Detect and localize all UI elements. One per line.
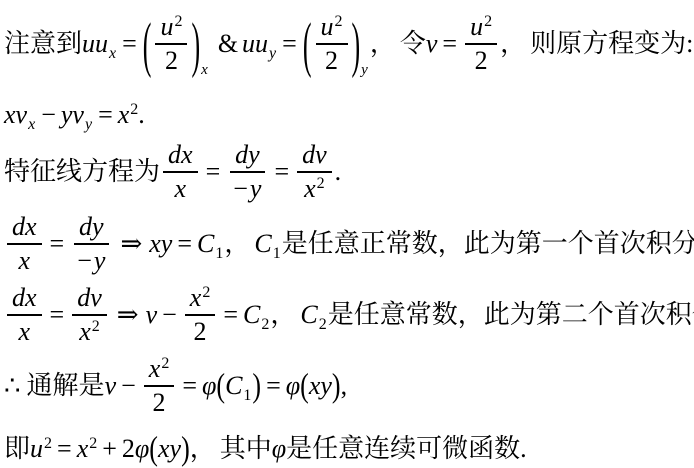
math-operator: = bbox=[223, 300, 238, 329]
math-italic: dy bbox=[79, 212, 104, 241]
fraction: dxx bbox=[7, 283, 42, 347]
math-roman: − bbox=[77, 246, 92, 275]
paren-subscript: y bbox=[361, 62, 368, 79]
fraction-numerator: u2 bbox=[316, 12, 348, 45]
fraction: dvx2 bbox=[72, 283, 107, 347]
line-7-final-answer-content: 即u2=x2+2φ(xy)，其中φ是任意连续可微函数. bbox=[4, 428, 527, 465]
math-italic: u bbox=[321, 12, 334, 41]
superscript: 2 bbox=[92, 318, 100, 336]
math-roman: 2 bbox=[165, 46, 178, 75]
fraction-denominator: x2 bbox=[299, 173, 330, 204]
line-5-second-integral: dxx=dvx2⇒v−x22=C2，C2是任意常数，此为第二个首次积分. bbox=[4, 282, 694, 352]
math-italic: u bbox=[30, 434, 43, 463]
fraction-numerator: dv bbox=[297, 140, 332, 173]
fraction-denominator: x bbox=[170, 173, 192, 204]
math-operator: = bbox=[57, 434, 72, 463]
math-italic: v bbox=[426, 29, 438, 58]
math-italic: φ bbox=[135, 434, 149, 463]
superscript: 2 bbox=[89, 435, 97, 453]
fraction-numerator: x2 bbox=[185, 283, 216, 316]
math-operator: = bbox=[50, 229, 65, 258]
text-run: 是任意常数，此为第二个首次积分. bbox=[328, 300, 694, 329]
fraction-numerator: dx bbox=[7, 212, 42, 245]
math-italic: y bbox=[94, 246, 106, 275]
math-operator: = bbox=[50, 300, 65, 329]
fraction: u22 bbox=[465, 12, 497, 76]
document-body: 注意到uux=(u22)x&uuy=(u22)y，令v=u22，则原方程变为:x… bbox=[4, 0, 694, 468]
math-italic: dv bbox=[302, 140, 327, 169]
subscript: y bbox=[269, 45, 276, 63]
superscript: 2 bbox=[335, 13, 343, 31]
math-italic: x bbox=[175, 174, 187, 203]
line-2-transformed-equation: xvx−yvy=x2. bbox=[4, 92, 694, 138]
math-italic: x bbox=[19, 317, 31, 346]
subscript: y bbox=[85, 116, 92, 134]
math-italic: x bbox=[19, 246, 31, 275]
line-6-general-solution: ∴通解是v−x22=φ(C1)=φ(xy), bbox=[4, 352, 694, 424]
fraction: dy−y bbox=[228, 140, 266, 204]
math-roman: ∴ bbox=[4, 371, 21, 400]
math-italic: φ bbox=[272, 434, 286, 463]
line-4-first-integral: dxx=dy−y⇒xy=C1，C1是任意正常数，此为第一个首次积分; bbox=[4, 210, 694, 282]
math-italic: x bbox=[79, 317, 91, 346]
line-3-characteristic-equation: 特征线方程为dxx=dy−y=dvx2. bbox=[4, 138, 694, 210]
big-paren: ) bbox=[191, 11, 200, 82]
math-italic: x bbox=[304, 174, 316, 203]
stretch-paren: ) bbox=[332, 366, 341, 405]
subscript: 2 bbox=[319, 316, 327, 334]
subscript: x bbox=[28, 116, 35, 134]
text-run: ， bbox=[224, 229, 250, 258]
text-run: ， bbox=[190, 434, 216, 463]
math-italic: C bbox=[254, 229, 271, 258]
math-operator: ⇒ bbox=[120, 229, 142, 258]
fraction-denominator: 2 bbox=[320, 45, 343, 76]
math-italic: dx bbox=[12, 212, 37, 241]
math-italic: yv bbox=[61, 100, 84, 129]
math-operator: − bbox=[121, 371, 136, 400]
superscript: 2 bbox=[130, 101, 138, 119]
fraction: dxx bbox=[163, 140, 198, 204]
fraction-numerator: u2 bbox=[155, 12, 187, 45]
stretch-paren: ) bbox=[252, 366, 261, 405]
stretch-paren: ) bbox=[181, 429, 190, 468]
fraction: dxx bbox=[7, 212, 42, 276]
paren-subscript: x bbox=[201, 62, 208, 79]
math-italic: xy bbox=[158, 434, 181, 463]
math-operator: = bbox=[274, 157, 289, 186]
subscript: 2 bbox=[261, 316, 269, 334]
text-run: 是任意连续可微函数. bbox=[286, 434, 527, 463]
fraction-numerator: dx bbox=[7, 283, 42, 316]
math-italic: C bbox=[243, 300, 260, 329]
math-italic: dv bbox=[77, 283, 102, 312]
subscript: x bbox=[109, 45, 116, 63]
superscript: 2 bbox=[44, 435, 52, 453]
math-italic: φ bbox=[202, 371, 216, 400]
fraction-numerator: u2 bbox=[465, 12, 497, 45]
text-run: 通解是 bbox=[27, 371, 105, 400]
subscript: 1 bbox=[215, 245, 223, 263]
math-roman: 2 bbox=[325, 46, 338, 75]
line-1-substitution: 注意到uux=(u22)x&uuy=(u22)y，令v=u22，则原方程变为: bbox=[4, 0, 694, 92]
fraction: dvx2 bbox=[297, 140, 332, 204]
math-operator: = bbox=[206, 157, 221, 186]
math-operator: = bbox=[182, 371, 197, 400]
stretch-paren: ( bbox=[149, 429, 158, 468]
math-italic: v bbox=[146, 300, 158, 329]
math-italic: v bbox=[105, 371, 117, 400]
math-operator: = bbox=[98, 100, 113, 129]
big-paren: ( bbox=[303, 11, 312, 82]
math-italic: dx bbox=[168, 140, 193, 169]
math-italic: C bbox=[300, 300, 317, 329]
document-page: 注意到uux=(u22)x&uuy=(u22)y，令v=u22，则原方程变为:x… bbox=[0, 0, 694, 468]
math-operator: − bbox=[162, 300, 177, 329]
superscript: 2 bbox=[174, 13, 182, 31]
fraction-denominator: x bbox=[14, 316, 36, 347]
math-italic: C bbox=[197, 229, 214, 258]
text-run: 即 bbox=[4, 434, 30, 463]
superscript: 2 bbox=[484, 13, 492, 31]
fraction: dy−y bbox=[72, 212, 110, 276]
line-1-substitution-content: 注意到uux=(u22)x&uuy=(u22)y，令v=u22，则原方程变为: bbox=[4, 14, 693, 78]
fraction-denominator: 2 bbox=[189, 316, 212, 347]
superscript: 2 bbox=[202, 284, 210, 302]
fraction-numerator: dy bbox=[74, 212, 109, 245]
line-5-second-integral-content: dxx=dvx2⇒v−x22=C2，C2是任意常数，此为第二个首次积分. bbox=[4, 285, 694, 349]
math-roman: 2 bbox=[122, 434, 135, 463]
math-operator: ⇒ bbox=[117, 300, 139, 329]
math-roman: 2 bbox=[475, 46, 488, 75]
line-7-final-answer: 即u2=x2+2φ(xy)，其中φ是任意连续可微函数. bbox=[4, 424, 694, 468]
text-run: 特征线方程为 bbox=[4, 157, 160, 186]
text-run: ， bbox=[270, 300, 296, 329]
superscript: 2 bbox=[317, 175, 325, 193]
math-italic: x bbox=[190, 283, 202, 312]
math-roman: 2 bbox=[194, 317, 207, 346]
math-italic: u bbox=[470, 12, 483, 41]
fraction-denominator: 2 bbox=[160, 45, 183, 76]
line-2-transformed-equation-content: xvx−yvy=x2. bbox=[4, 100, 145, 130]
fraction: x22 bbox=[144, 354, 175, 418]
math-roman: . bbox=[335, 157, 342, 186]
text-run: 注意到 bbox=[4, 29, 82, 58]
math-roman: . bbox=[138, 100, 145, 129]
math-italic: xv bbox=[4, 100, 27, 129]
fraction-denominator: x2 bbox=[74, 316, 105, 347]
math-italic: u bbox=[160, 12, 173, 41]
math-roman: , bbox=[341, 371, 348, 400]
fraction-numerator: x2 bbox=[144, 354, 175, 387]
fraction-numerator: dx bbox=[163, 140, 198, 173]
math-italic: C bbox=[225, 371, 242, 400]
math-operator: + bbox=[102, 434, 117, 463]
big-paren: ) bbox=[352, 11, 361, 82]
subscript: 1 bbox=[273, 245, 281, 263]
math-operator: = bbox=[177, 229, 192, 258]
math-operator: = bbox=[122, 29, 137, 58]
superscript: 2 bbox=[161, 355, 169, 373]
fraction-denominator: 2 bbox=[148, 387, 171, 418]
math-italic: dy bbox=[235, 140, 260, 169]
text-run: 其中 bbox=[220, 434, 272, 463]
fraction-numerator: dy bbox=[230, 140, 265, 173]
line-3-characteristic-equation-content: 特征线方程为dxx=dy−y=dvx2. bbox=[4, 142, 341, 206]
stretch-paren: ( bbox=[300, 366, 309, 405]
fraction-denominator: 2 bbox=[470, 45, 493, 76]
text-run: ， bbox=[370, 29, 396, 58]
math-roman: − bbox=[233, 174, 248, 203]
math-italic: xy bbox=[149, 229, 172, 258]
math-italic: uu bbox=[82, 29, 108, 58]
line-4-first-integral-content: dxx=dy−y⇒xy=C1，C1是任意正常数，此为第一个首次积分; bbox=[4, 214, 694, 278]
fraction-denominator: −y bbox=[228, 173, 266, 204]
math-roman: & bbox=[218, 29, 238, 58]
line-6-general-solution-content: ∴通解是v−x22=φ(C1)=φ(xy), bbox=[4, 356, 347, 420]
stretch-paren: ( bbox=[216, 366, 225, 405]
math-operator: = bbox=[442, 29, 457, 58]
math-italic: y bbox=[250, 174, 262, 203]
fraction: x22 bbox=[185, 283, 216, 347]
text-run: 则原方程变为: bbox=[530, 29, 693, 58]
math-operator: = bbox=[282, 29, 297, 58]
math-italic: dx bbox=[12, 283, 37, 312]
math-italic: xy bbox=[309, 371, 332, 400]
math-operator: = bbox=[266, 371, 281, 400]
fraction-denominator: x bbox=[14, 245, 36, 276]
math-roman: 2 bbox=[153, 388, 166, 417]
math-italic: x bbox=[149, 354, 161, 383]
math-italic: x bbox=[77, 434, 89, 463]
math-operator: − bbox=[41, 100, 56, 129]
text-run: 是任意正常数，此为第一个首次积分; bbox=[282, 229, 694, 258]
text-run: 令 bbox=[400, 29, 426, 58]
math-italic: uu bbox=[242, 29, 268, 58]
big-paren: ( bbox=[143, 11, 152, 82]
subscript: 1 bbox=[243, 387, 251, 405]
math-italic: φ bbox=[286, 371, 300, 400]
fraction: u22 bbox=[316, 12, 348, 76]
fraction-denominator: −y bbox=[72, 245, 110, 276]
text-run: ， bbox=[500, 29, 526, 58]
fraction: u22 bbox=[155, 12, 187, 76]
math-italic: x bbox=[118, 100, 130, 129]
fraction-numerator: dv bbox=[72, 283, 107, 316]
